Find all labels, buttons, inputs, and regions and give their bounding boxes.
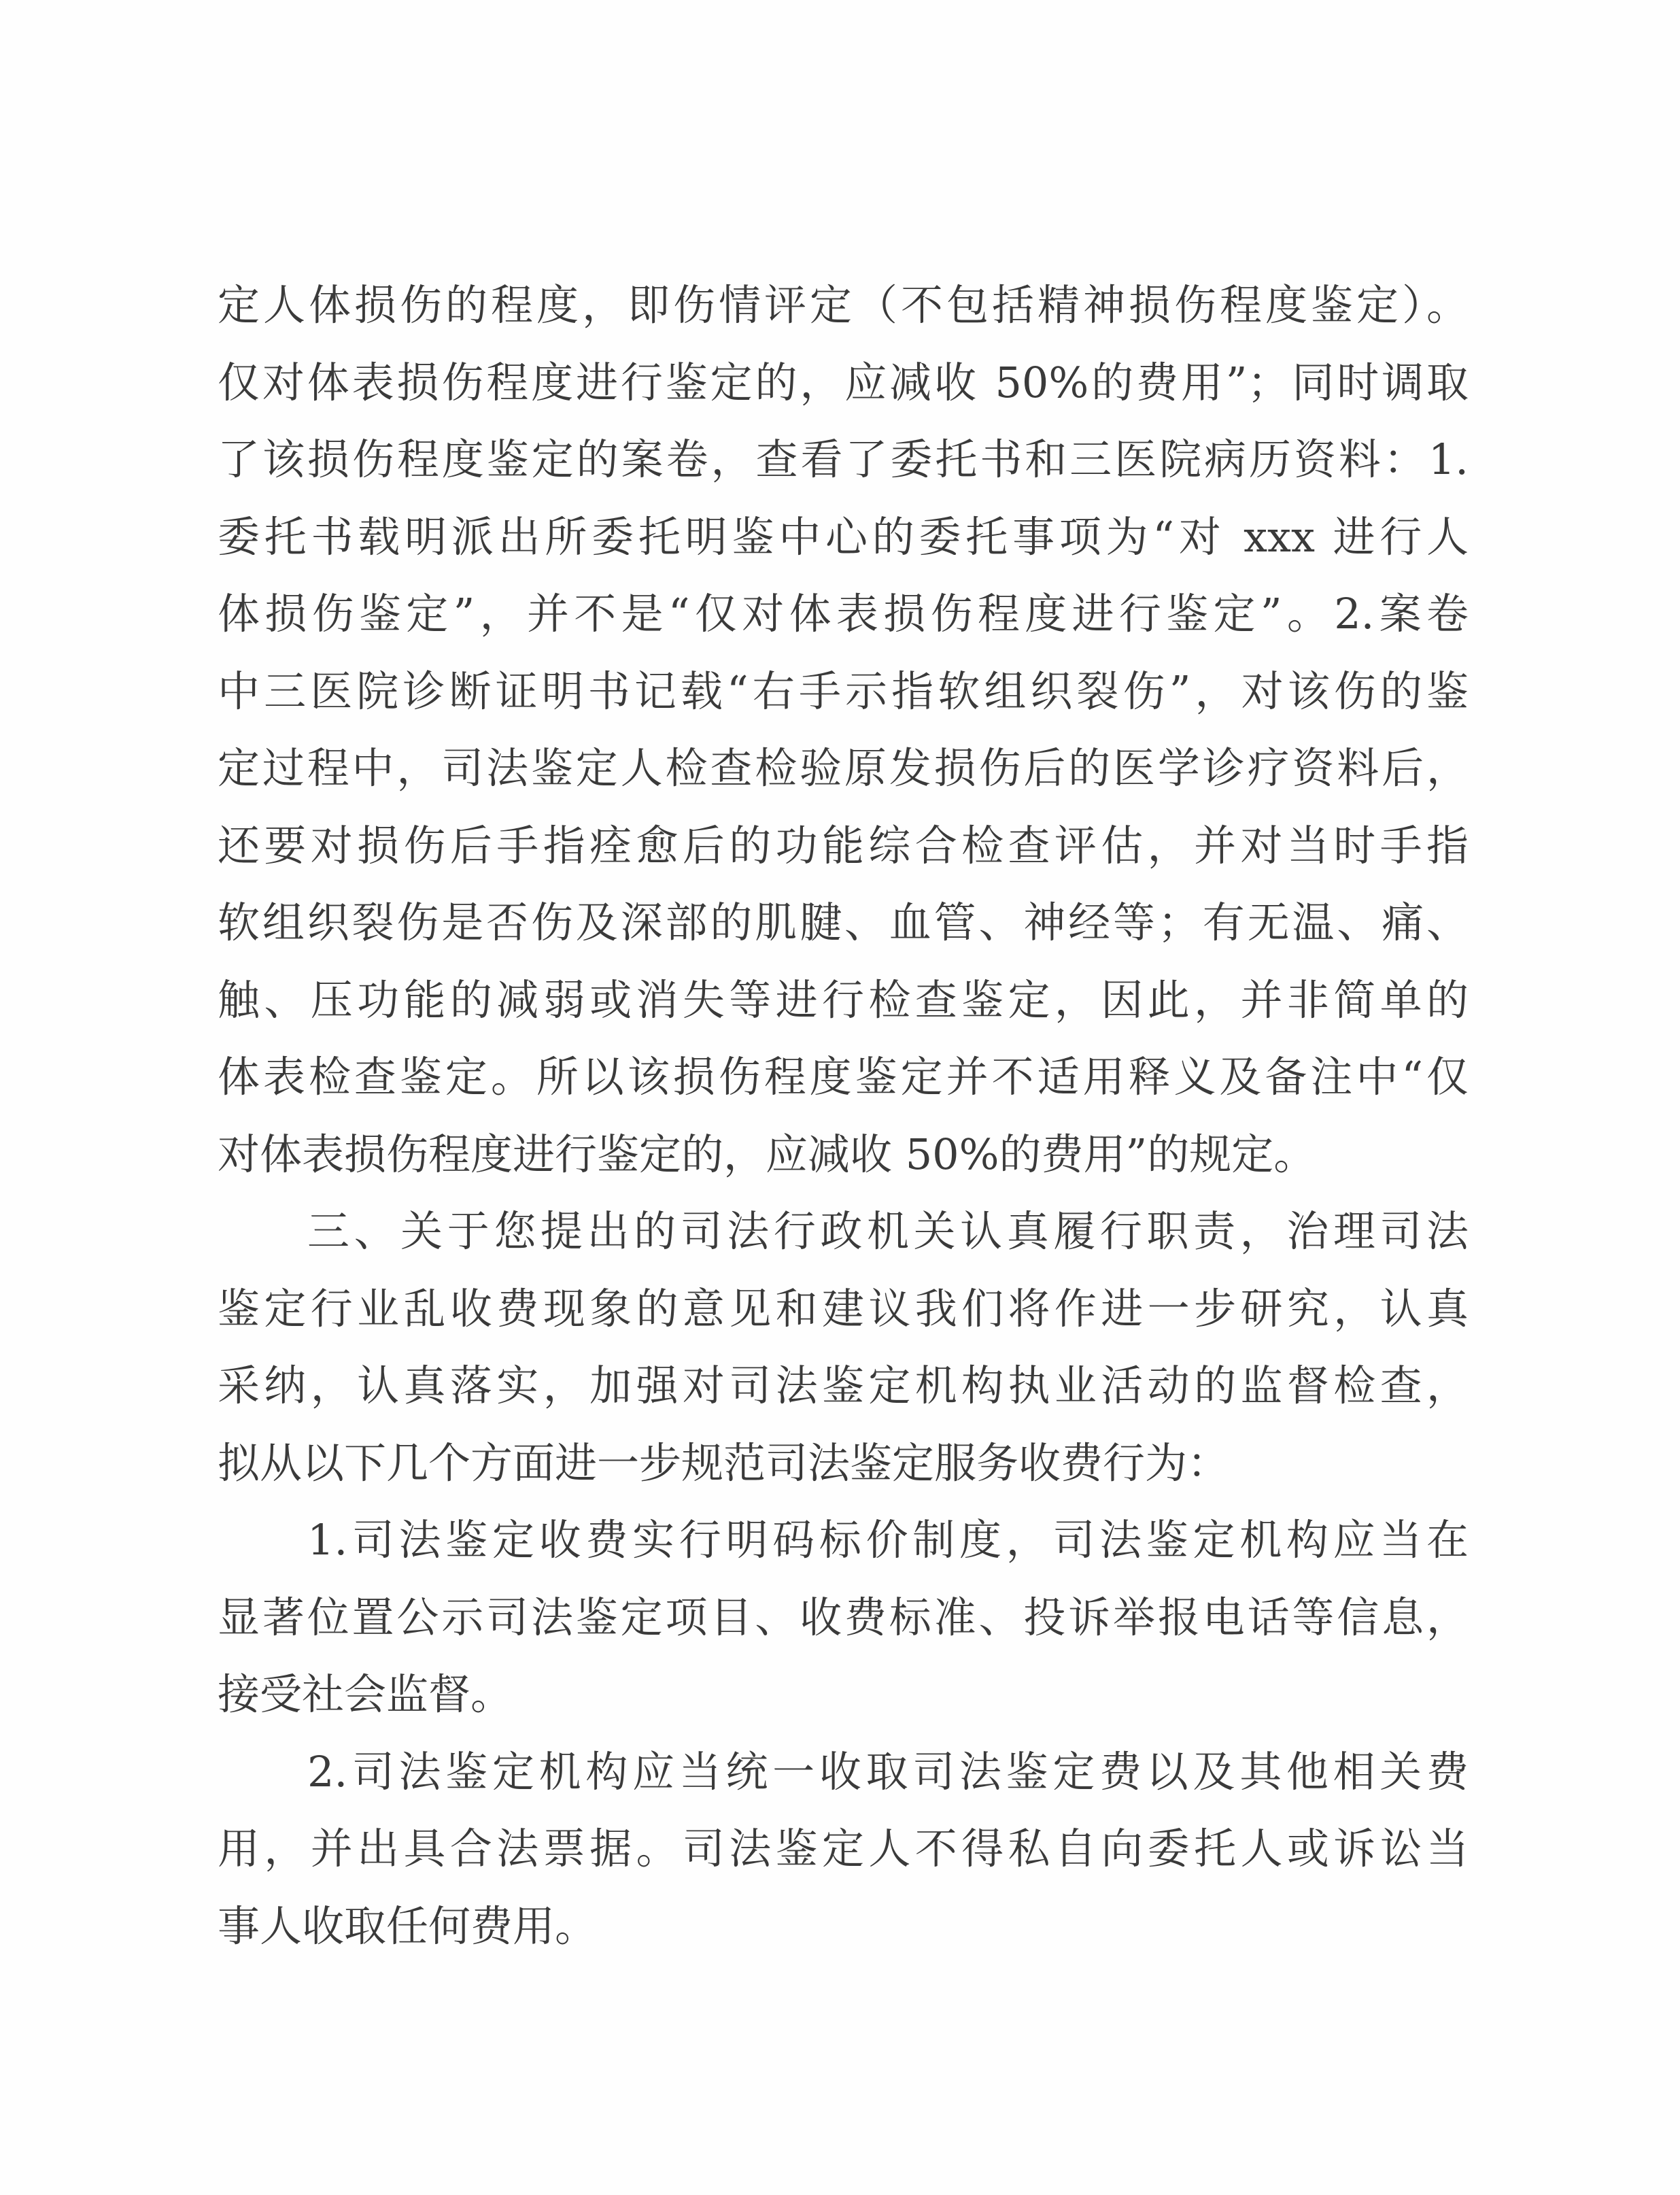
text-line: 定人体损伤的程度，即伤情评定（不包括精神损伤程度鉴定）。 — [218, 267, 1469, 344]
text-line: 了该损伤程度鉴定的案卷，查看了委托书和三医院病历资料：1. — [218, 421, 1469, 498]
text-line: 显著位置公示司法鉴定项目、收费标准、投诉举报电话等信息， — [218, 1579, 1469, 1656]
text-line: 拟从以下几个方面进一步规范司法鉴定服务收费行为： — [218, 1425, 1469, 1502]
paragraph-continuation: 定人体损伤的程度，即伤情评定（不包括精神损伤程度鉴定）。 仅对体表损伤程度进行鉴… — [218, 267, 1469, 1193]
list-item-line: 1.司法鉴定收费实行明码标价制度，司法鉴定机构应当在 — [218, 1501, 1469, 1579]
text-line: 接受社会监督。 — [218, 1656, 1469, 1733]
text-line: 事人收取任何费用。 — [218, 1888, 1469, 1965]
text-line: 定过程中，司法鉴定人检查检验原发损伤后的医学诊疗资料后， — [218, 730, 1469, 807]
text-line: 采纳，认真落实，加强对司法鉴定机构执业活动的监督检查， — [218, 1347, 1469, 1425]
text-line: 体损伤鉴定”，并不是“仅对体表损伤程度进行鉴定”。2.案卷 — [218, 575, 1469, 653]
document-page: 定人体损伤的程度，即伤情评定（不包括精神损伤程度鉴定）。 仅对体表损伤程度进行鉴… — [0, 0, 1680, 2195]
text-line: 对体表损伤程度进行鉴定的，应减收 50%的费用”的规定。 — [218, 1116, 1469, 1193]
text-line: 体表检查鉴定。所以该损伤程度鉴定并不适用释义及备注中“仅 — [218, 1038, 1469, 1116]
paragraph-item-1: 1.司法鉴定收费实行明码标价制度，司法鉴定机构应当在 显著位置公示司法鉴定项目、… — [218, 1501, 1469, 1733]
text-line: 触、压功能的减弱或消失等进行检查鉴定，因此，并非简单的 — [218, 962, 1469, 1039]
text-line: 还要对损伤后手指痊愈后的功能综合检查评估，并对当时手指 — [218, 807, 1469, 885]
document-body: 定人体损伤的程度，即伤情评定（不包括精神损伤程度鉴定）。 仅对体表损伤程度进行鉴… — [218, 267, 1469, 1964]
paragraph-item-2: 2.司法鉴定机构应当统一收取司法鉴定费以及其他相关费 用，并出具合法票据。司法鉴… — [218, 1733, 1469, 1965]
text-line: 鉴定行业乱收费现象的意见和建议我们将作进一步研究，认真 — [218, 1270, 1469, 1348]
section-heading-line: 三、关于您提出的司法行政机关认真履行职责，治理司法 — [218, 1193, 1469, 1270]
text-line: 用，并出具合法票据。司法鉴定人不得私自向委托人或诉讼当 — [218, 1810, 1469, 1888]
text-line: 仅对体表损伤程度进行鉴定的，应减收 50%的费用”；同时调取 — [218, 344, 1469, 422]
text-line: 软组织裂伤是否伤及深部的肌腱、血管、神经等；有无温、痛、 — [218, 884, 1469, 962]
text-line: 委托书载明派出所委托明鉴中心的委托事项为“对 xxx 进行人 — [218, 498, 1469, 576]
list-item-line: 2.司法鉴定机构应当统一收取司法鉴定费以及其他相关费 — [218, 1733, 1469, 1811]
paragraph-section-three: 三、关于您提出的司法行政机关认真履行职责，治理司法 鉴定行业乱收费现象的意见和建… — [218, 1193, 1469, 1501]
text-line: 中三医院诊断证明书记载“右手示指软组织裂伤”，对该伤的鉴 — [218, 653, 1469, 730]
